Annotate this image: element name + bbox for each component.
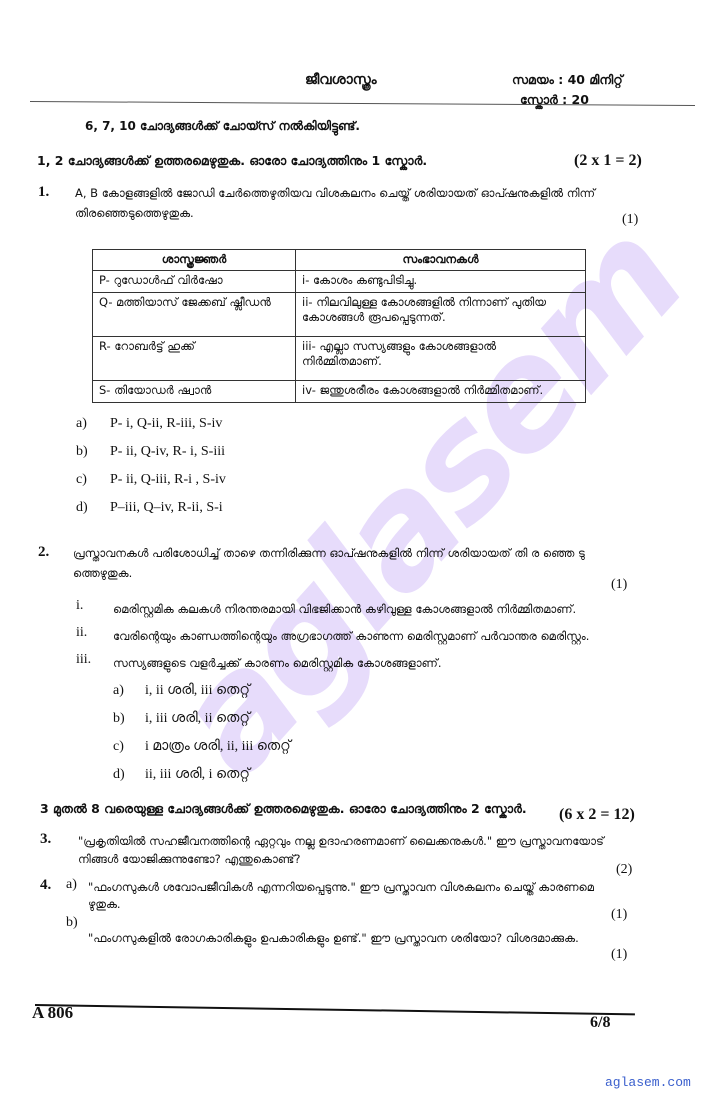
table-row: P- റുഡോൾഫ് വിർഷോ i- കോശം കണ്ടുപിടിച്ചു. bbox=[93, 271, 586, 293]
q1-option-a-label: a) bbox=[76, 416, 87, 432]
footer-divider bbox=[35, 1004, 635, 1015]
q2-option-c: i മാത്രം ശരി, ii, iii തെറ്റ് bbox=[145, 739, 291, 755]
table-header-row: ശാസ്ത്രജ്ഞർ സംഭാവനകൾ bbox=[93, 250, 586, 271]
q3-number: 3. bbox=[40, 831, 51, 848]
section2-instruction: 3 മുതൽ 8 വരെയുള്ള ചോദ്യങ്ങൾക്ക് ഉത്തരമെഴ… bbox=[40, 801, 527, 817]
table-cell-scientist: Q- മത്തിയാസ് ജേക്കബ് ഷ്ലീഡൻ bbox=[93, 293, 296, 337]
q2-score: (1) bbox=[611, 577, 627, 593]
table-cell-contribution: iv- ജന്തുശരീരം കോശങ്ങളാൽ നിർമ്മിതമാണ്. bbox=[296, 381, 586, 403]
table-row: S- തിയോഡർ ഷ്വാൻ iv- ജന്തുശരീരം കോശങ്ങളാൽ… bbox=[93, 381, 586, 403]
q2-option-d: ii, iii ശരി, i തെറ്റ് bbox=[145, 767, 250, 783]
cell-text: P- റുഡോൾഫ് വിർഷോ bbox=[99, 273, 223, 287]
q2-option-d-label: d) bbox=[113, 767, 125, 783]
q4b-label: b) bbox=[66, 915, 78, 931]
q4-number: 4. bbox=[40, 877, 51, 894]
q2-number: 2. bbox=[38, 544, 49, 561]
table-row: R- റോബർട്ട് ഹുക്ക് iii- എല്ലാ സസ്യങ്ങളും… bbox=[93, 337, 586, 381]
q1-option-a: P- i, Q-ii, R-iii, S-iv bbox=[110, 416, 222, 432]
q2-text-line1: പ്രസ്താവനകൾ പരിശോധിച്ച് താഴെ തന്നിരിക്കു… bbox=[73, 546, 585, 561]
q2-statement-i-label: i. bbox=[76, 598, 83, 614]
q3-score: (2) bbox=[616, 862, 632, 878]
q2-statement-i: മെരിസ്റ്റമിക കലകൾ നിരന്തരമായി വിഭജിക്കാൻ… bbox=[113, 602, 576, 617]
q1-text-line2: തിരഞ്ഞെടുത്തെഴുതുക. bbox=[75, 206, 194, 221]
q2-option-b: i, iii ശരി, ii തെറ്റ് bbox=[145, 711, 250, 727]
header-divider bbox=[30, 101, 695, 106]
section1-instruction: 1, 2 ചോദ്യങ്ങൾക്ക് ഉത്തരമെഴുതുക. ഓരോ ചോദ… bbox=[37, 153, 427, 169]
q2-statement-iii: സസ്യങ്ങളുടെ വളർച്ചക്ക് കാരണം മെരിസ്റ്റമി… bbox=[113, 656, 442, 671]
time-label: സമയം : 40 മിനിറ്റ് bbox=[512, 72, 623, 88]
q1-option-c: P- ii, Q-iii, R-i , S-iv bbox=[110, 472, 226, 488]
q2-statement-ii-label: ii. bbox=[76, 625, 87, 641]
table-cell-scientist: P- റുഡോൾഫ് വിർഷോ bbox=[93, 271, 296, 293]
q4b-score: (1) bbox=[611, 947, 627, 963]
q2-statement-iii-label: iii. bbox=[76, 652, 91, 668]
q2-option-b-label: b) bbox=[113, 711, 125, 727]
q4a-text-line2: ഴുതുക. bbox=[88, 897, 121, 912]
table-header-contributions: സംഭാവനകൾ bbox=[296, 250, 586, 271]
q1-number: 1. bbox=[38, 184, 49, 201]
score-label: സ്കോർ : 20 bbox=[520, 92, 589, 108]
q2-option-c-label: c) bbox=[113, 739, 124, 755]
page-number: 6/8 bbox=[590, 1014, 610, 1032]
table-cell-contribution: ii- നിലവിലുള്ള കോശങ്ങളിൽ നിന്നാണ് പുതിയ … bbox=[296, 293, 586, 337]
table-cell-contribution: iii- എല്ലാ സസ്യങ്ങളും കോശങ്ങളാൽ നിർമ്മിത… bbox=[296, 337, 586, 381]
table-cell-scientist: S- തിയോഡർ ഷ്വാൻ bbox=[93, 381, 296, 403]
q1-score: (1) bbox=[622, 212, 638, 228]
table-row: Q- മത്തിയാസ് ജേക്കബ് ഷ്ലീഡൻ ii- നിലവിലുള… bbox=[93, 293, 586, 337]
q4b-text-line1: "ഫംഗസുകളിൽ രോഗകാരികളും ഉപകാരികളും ഉണ്ട്.… bbox=[88, 931, 579, 946]
q1-option-b-label: b) bbox=[76, 444, 88, 460]
q4a-label: a) bbox=[66, 877, 77, 893]
q1-option-c-label: c) bbox=[76, 472, 87, 488]
subject-title: ജീവശാസ്ത്രം bbox=[305, 72, 377, 88]
q3-text-line1: "പ്രകൃതിയിൽ സഹജീവനത്തിന്റെ ഏറ്റവും നല്ല … bbox=[78, 834, 604, 849]
q2-text-line2: ത്തെഴുതുക. bbox=[73, 566, 132, 581]
q3-text-line2: നിങ്ങൾ യോജിക്കുന്നുണ്ടോ? എന്തുകൊണ്ട്? bbox=[78, 852, 301, 867]
q1-text-line1: A, B കോളങ്ങളിൽ ജോഡി ചേർത്തെഴുതിയവ വിശകലന… bbox=[75, 186, 595, 201]
site-link[interactable]: aglasem.com bbox=[605, 1075, 691, 1090]
section1-marks: (2 x 1 = 2) bbox=[574, 152, 642, 170]
table-cell-scientist: R- റോബർട്ട് ഹുക്ക് bbox=[93, 337, 296, 381]
q2-option-a: i, ii ശരി, iii തെറ്റ് bbox=[145, 683, 250, 699]
q2-statement-ii: വേരിന്റെയും കാണ്ഡത്തിന്റെയും അഗ്രഭാഗത്ത്… bbox=[113, 629, 589, 644]
paper-code: A 806 bbox=[32, 1003, 73, 1023]
section2-marks: (6 x 2 = 12) bbox=[559, 806, 635, 824]
exam-page: ജീവശാസ്ത്രം സമയം : 40 മിനിറ്റ് സ്കോർ : 2… bbox=[0, 0, 708, 1100]
choice-note: 6, 7, 10 ചോദ്യങ്ങൾക്ക് ചോയ്സ് നൽകിയിട്ടു… bbox=[85, 119, 360, 134]
q4a-text-line1: "ഫംഗസുകൾ ശവോപജീവികൾ എന്നറിയപ്പെടുന്നു." … bbox=[88, 880, 594, 895]
q4a-score: (1) bbox=[611, 907, 627, 923]
match-table: ശാസ്ത്രജ്ഞർ സംഭാവനകൾ P- റുഡോൾഫ് വിർഷോ i-… bbox=[92, 249, 586, 403]
q1-option-b: P- ii, Q-iv, R- i, S-iii bbox=[110, 444, 225, 460]
q1-option-d-label: d) bbox=[76, 500, 88, 516]
table-header-scientists: ശാസ്ത്രജ്ഞർ bbox=[93, 250, 296, 271]
q1-option-d: P–iii, Q–iv, R-ii, S-i bbox=[110, 500, 223, 516]
q2-option-a-label: a) bbox=[113, 683, 124, 699]
table-cell-contribution: i- കോശം കണ്ടുപിടിച്ചു. bbox=[296, 271, 586, 293]
